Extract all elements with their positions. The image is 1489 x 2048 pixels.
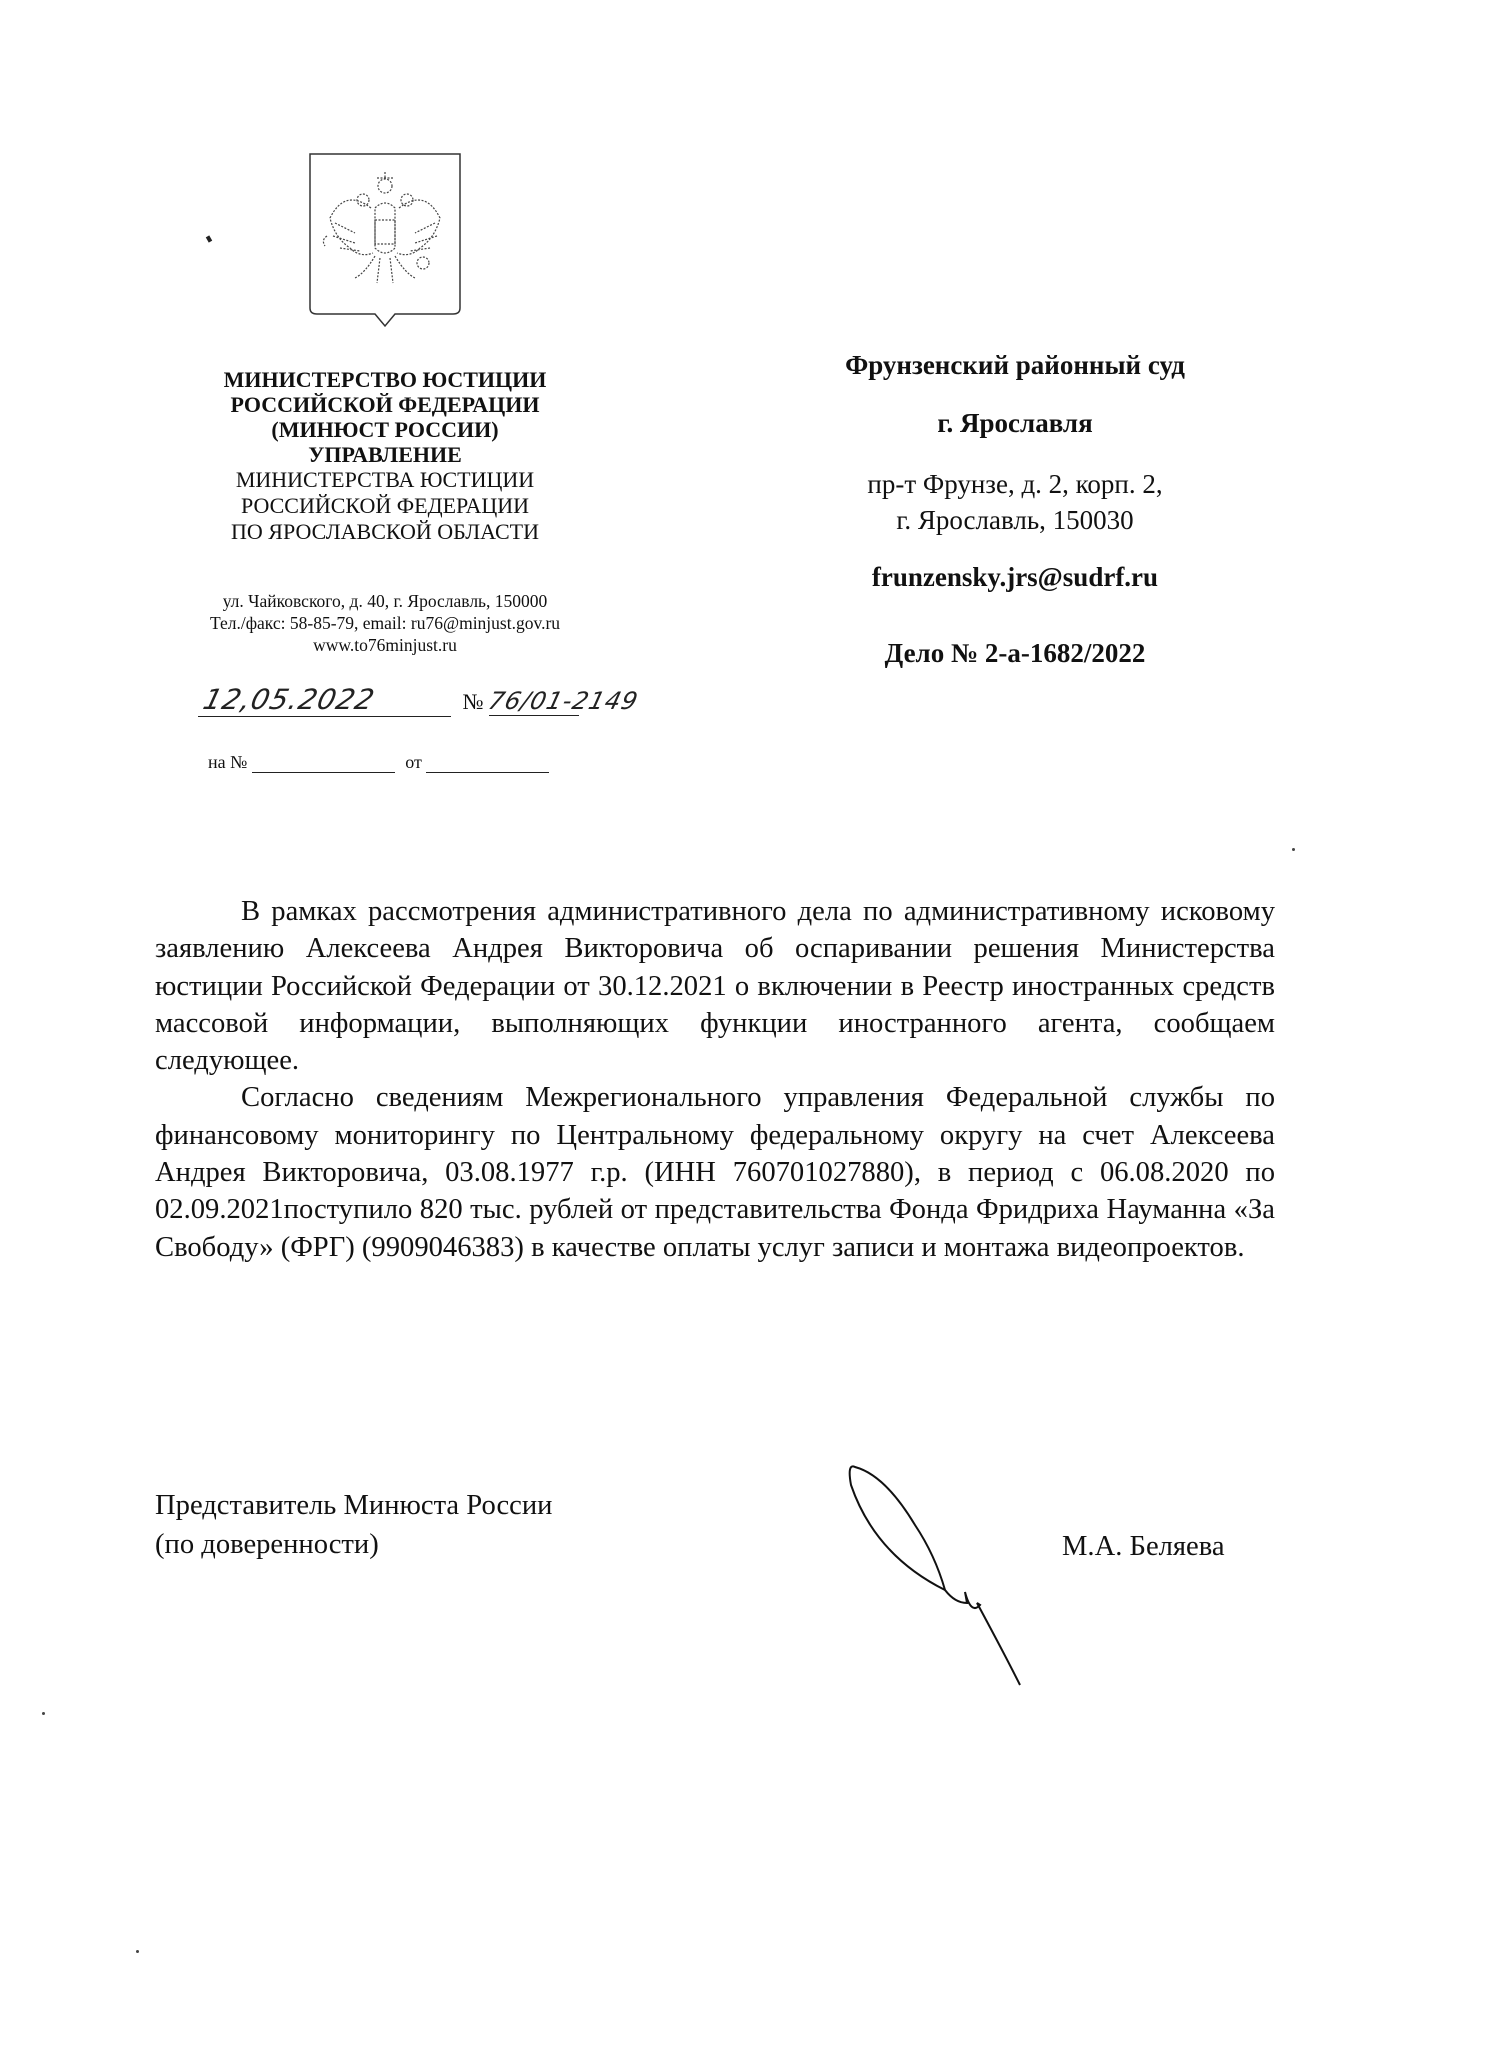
signatory-title-line: Представитель Минюста России <box>155 1486 552 1525</box>
court-street: пр-т Фрунзе, д. 2, корп. 2, <box>780 466 1250 502</box>
russian-coat-of-arms-icon <box>305 148 465 332</box>
number-sign: № <box>463 689 484 714</box>
reply-to-label: на № <box>208 752 247 772</box>
court-city-zip: г. Ярославль, 150030 <box>780 502 1250 562</box>
ministry-phone-email: Тел./факс: 58-85-79, email: ru76@minjust… <box>150 612 620 634</box>
case-number: Дело № 2-а-1682/2022 <box>780 638 1250 669</box>
department-name-line: ПО ЯРОСЛАВСКОЙ ОБЛАСТИ <box>150 519 620 545</box>
outgoing-date: 12,05.2022 <box>200 683 379 716</box>
body-paragraph-1: В рамках рассмотрения административного … <box>155 893 1275 1079</box>
department-name-line: РОССИЙСКОЙ ФЕДЕРАЦИИ <box>150 493 620 519</box>
court-name: Фрунзенский районный суд <box>780 350 1250 408</box>
department-name-line: МИНИСТЕРСТВА ЮСТИЦИИ <box>150 467 620 493</box>
court-email: frunzensky.jrs@sudrf.ru <box>780 562 1250 638</box>
ministry-address: ул. Чайковского, д. 40, г. Ярославль, 15… <box>150 590 620 612</box>
reply-from-blank <box>426 754 549 773</box>
scan-mark <box>206 235 212 242</box>
addressee-block: Фрунзенский районный суд г. Ярославля пр… <box>780 350 1250 669</box>
reply-from-label: от <box>405 752 422 772</box>
court-city: г. Ярославля <box>780 408 1250 466</box>
letter-body: В рамках рассмотрения административного … <box>155 893 1275 1266</box>
scan-dust <box>136 1950 139 1953</box>
scan-dust <box>42 1712 45 1715</box>
ministry-name-line: РОССИЙСКОЙ ФЕДЕРАЦИИ <box>150 392 620 417</box>
body-paragraph-2: Согласно сведениям Межрегионального упра… <box>155 1079 1275 1265</box>
handwritten-signature-icon <box>845 1455 1045 1700</box>
scan-dust <box>1292 848 1295 851</box>
signatory-title: Представитель Минюста России (по доверен… <box>155 1486 552 1564</box>
ministry-website: www.to76minjust.ru <box>150 634 620 656</box>
reply-reference: на № от <box>208 752 549 773</box>
ministry-contacts: ул. Чайковского, д. 40, г. Ярославль, 15… <box>150 590 620 656</box>
signatory-title-line: (по доверенности) <box>155 1525 552 1564</box>
outgoing-number: 76/01-2149 <box>486 687 642 715</box>
ministry-name-line: (МИНЮСТ РОССИИ) <box>150 417 620 442</box>
outgoing-reference: 12,05.2022 № 76/01-2149 <box>198 683 658 717</box>
signatory-name: М.А. Беляева <box>1062 1531 1225 1563</box>
outgoing-date-field: 12,05.2022 <box>198 683 451 717</box>
ministry-header: МИНИСТЕРСТВО ЮСТИЦИИ РОССИЙСКОЙ ФЕДЕРАЦИ… <box>150 367 620 545</box>
reply-to-blank <box>252 754 395 773</box>
ministry-name-line: УПРАВЛЕНИЕ <box>150 442 620 467</box>
ministry-name-line: МИНИСТЕРСТВО ЮСТИЦИИ <box>150 367 620 392</box>
outgoing-number-field: 76/01-2149 <box>489 687 579 716</box>
